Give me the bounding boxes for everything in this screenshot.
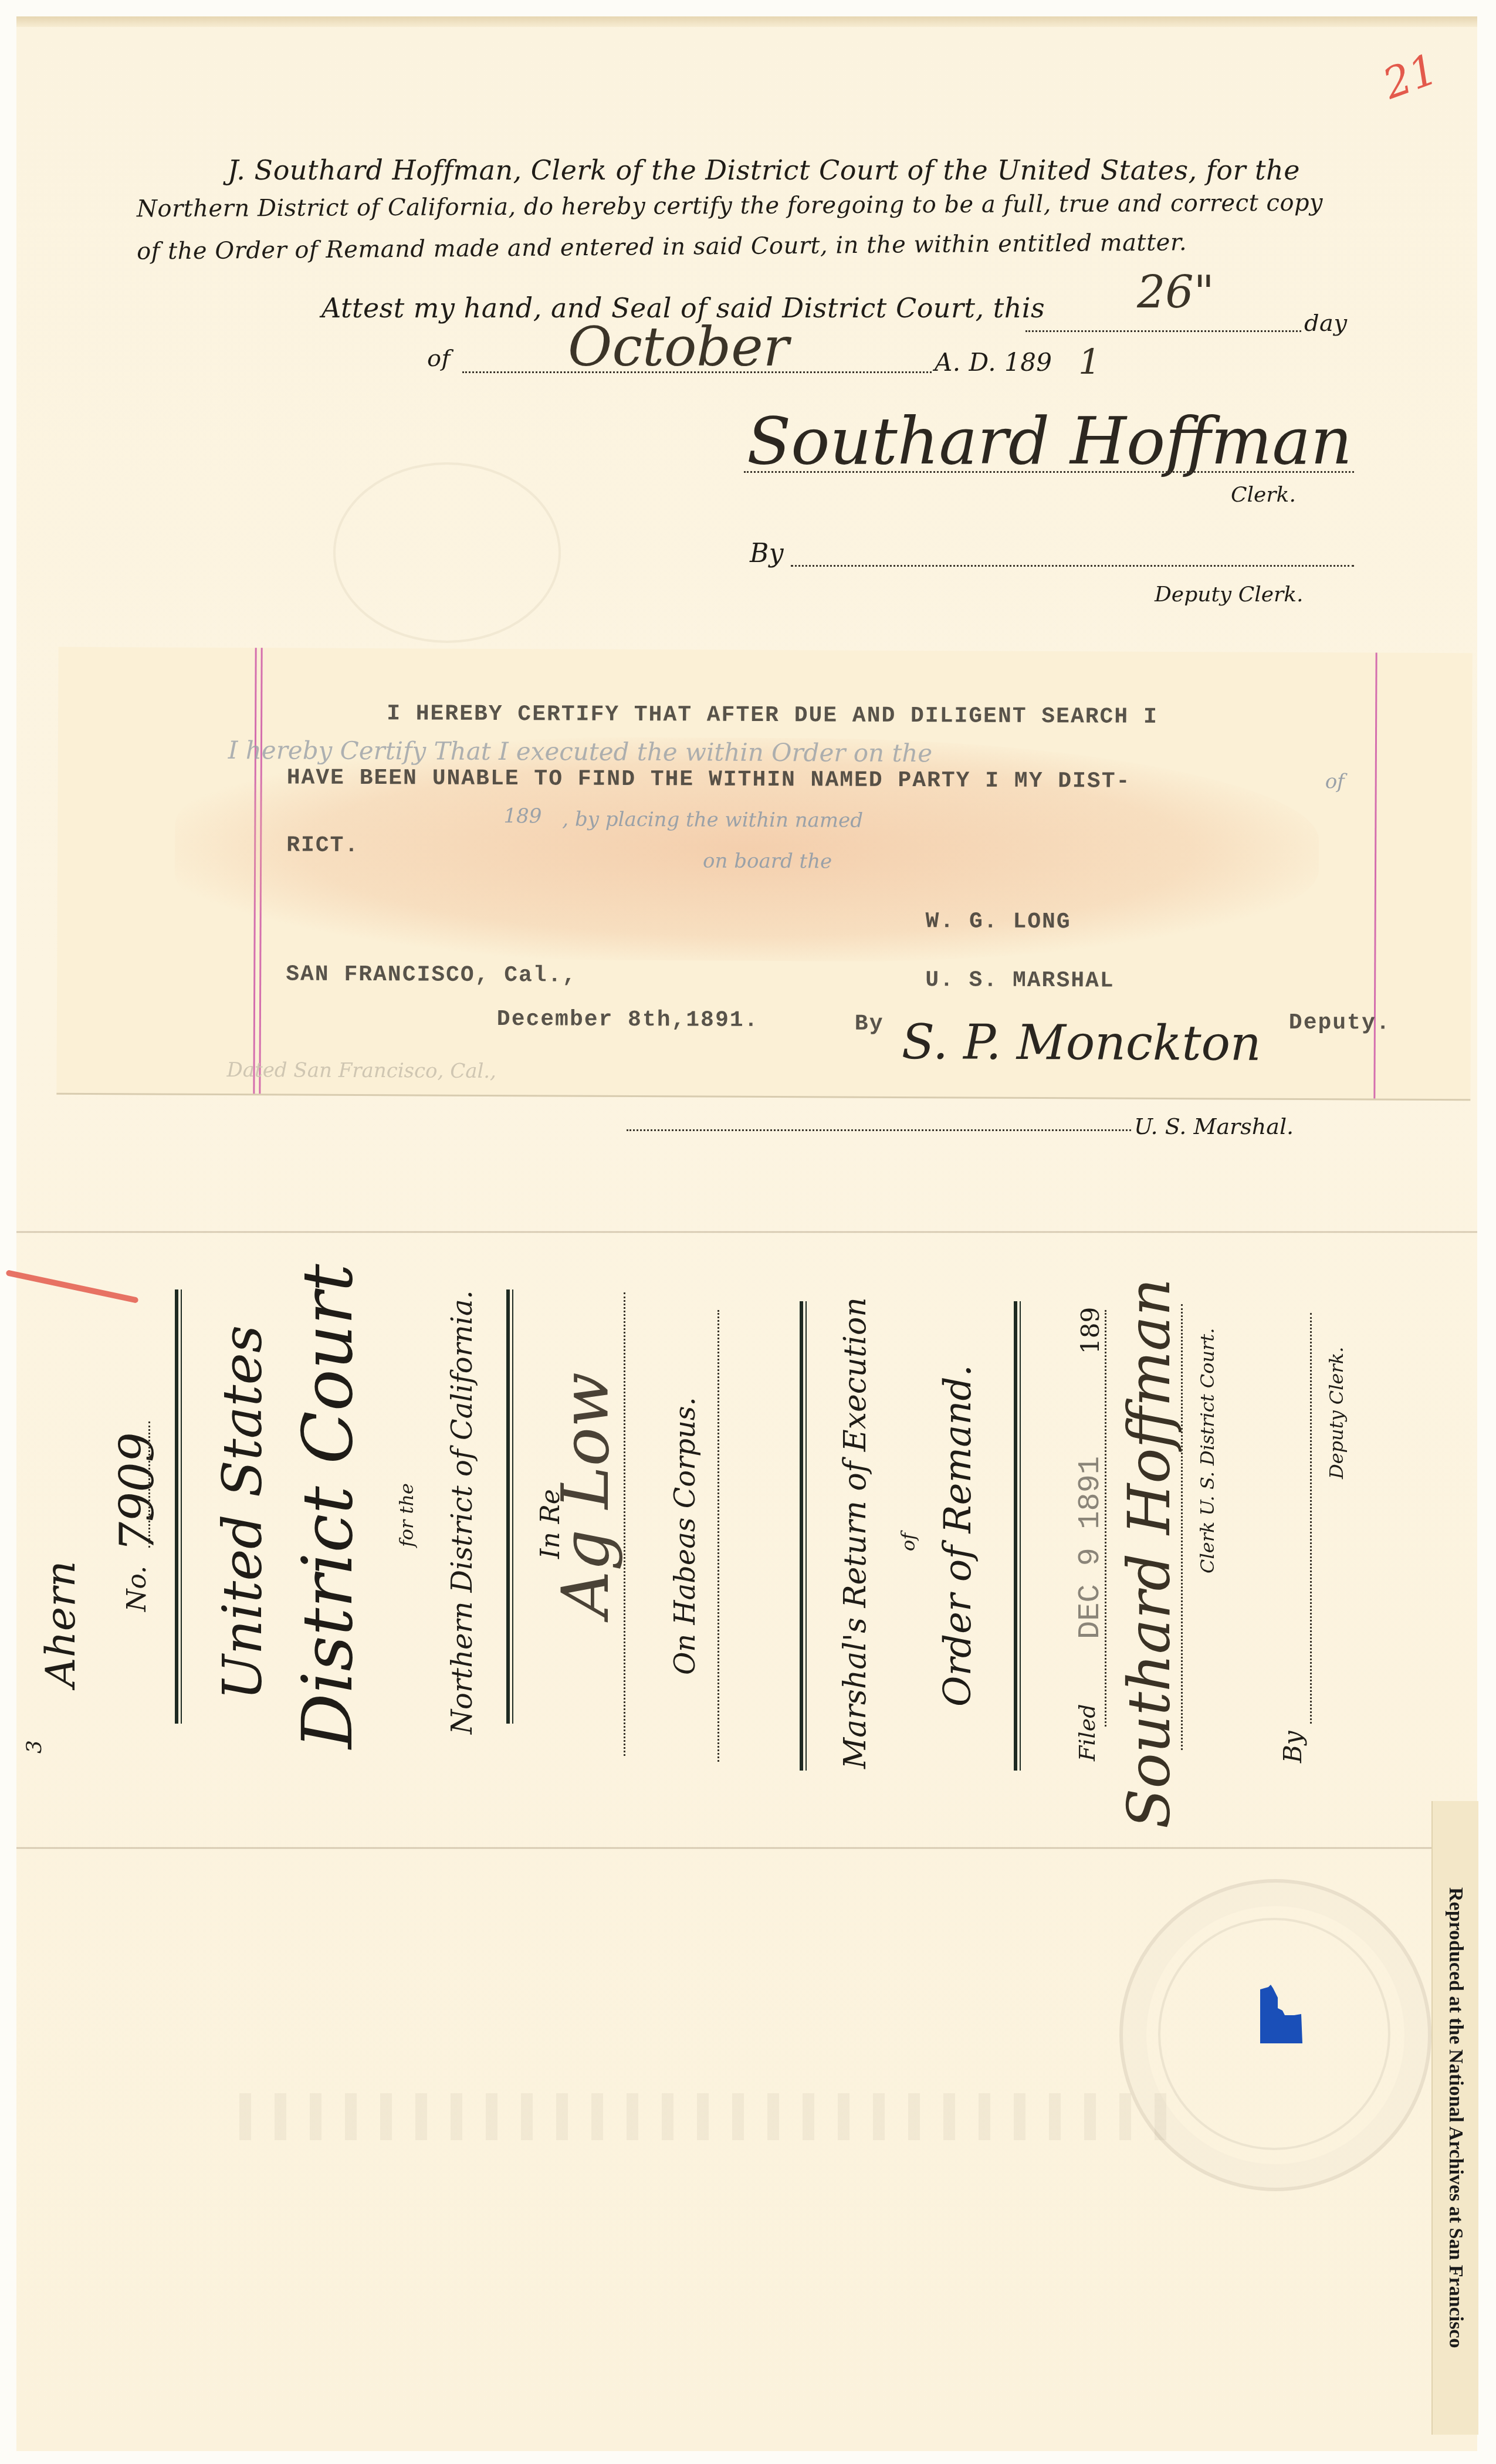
day-label: day — [1304, 310, 1348, 337]
us-marshal-line — [627, 1129, 1131, 1131]
typed-line-2: HAVE BEEN UNABLE TO FIND THE WITHIN NAME… — [287, 765, 1131, 794]
party-name: Ag Low — [544, 1348, 627, 1641]
back-by-label: By — [1278, 1724, 1307, 1771]
place: SAN FRANCISCO, Cal., — [286, 962, 577, 988]
faint-form-year: 189 — [503, 804, 541, 828]
red-pencil-stroke — [5, 1270, 138, 1304]
filed-signature: Southard Hoffman — [1108, 1372, 1190, 1735]
faint-place: Dated San Francisco, Cal., — [226, 1058, 496, 1083]
filed-stamp: DEC 9 1891 — [1072, 1460, 1108, 1636]
docket-back-panel: 3 Ahern No. 7909 United States District … — [16, 1278, 1477, 1853]
case-number-label: No. — [119, 1565, 154, 1612]
slip-by-label: By — [855, 1011, 884, 1037]
party-line-2 — [717, 1310, 719, 1762]
for-the-label: for the — [392, 1477, 421, 1553]
day-field-line — [1025, 330, 1301, 332]
marshal-title: U. S. MARSHAL — [925, 967, 1115, 993]
faint-form-of: of — [1325, 770, 1345, 793]
district-label: Northern District of California. — [442, 1289, 483, 1735]
typed-line-1: I HEREBY CERTIFY THAT AFTER DUE AND DILI… — [387, 701, 1158, 730]
rule-3 — [800, 1301, 803, 1771]
deputy-label: Deputy. — [1289, 1010, 1391, 1036]
rule-4 — [1014, 1301, 1017, 1771]
certificate-line-3: of the Order of Remand made and entered … — [137, 229, 1187, 265]
typed-line-3: RICT. — [286, 832, 359, 858]
marshal-return-slip: I HEREBY CERTIFY THAT AFTER DUE AND DILI… — [56, 647, 1472, 1101]
page-top-edge — [16, 16, 1477, 27]
faint-form-line-2: , by placing the within named — [562, 807, 863, 832]
certificate-line-1: J. Southard Hoffman, Clerk of the Distri… — [228, 154, 1300, 186]
bleed-through-text — [239, 2093, 1178, 2140]
clerk-court-line — [1181, 1304, 1183, 1750]
back-deputy-line — [1310, 1313, 1312, 1724]
clerk-signature: Southard Hoffman — [747, 404, 1352, 479]
case-number-value: 7909 — [104, 1419, 169, 1565]
party-line-1 — [624, 1292, 625, 1756]
rule-2 — [506, 1289, 510, 1724]
rule-1 — [175, 1289, 178, 1724]
filed-label: Filed — [1072, 1700, 1102, 1765]
clerk-label: Clerk. — [1231, 483, 1296, 507]
month-value: October — [568, 316, 789, 378]
of-label: of — [427, 345, 451, 372]
doc-title-of: of — [896, 1524, 920, 1559]
deputy-clerk-line — [791, 565, 1354, 567]
case-number-line — [148, 1421, 150, 1548]
doc-title-2: Order of Remand. — [932, 1348, 984, 1724]
slip-date: December 8th,1891. — [497, 1007, 759, 1033]
doc-title-1: Marshal's Return of Execution — [832, 1301, 879, 1765]
archive-stamp: Reproduced at the National Archives at S… — [1433, 1801, 1478, 2435]
margin-note: Ahern — [28, 1559, 93, 1688]
corner-mark: 21 — [1376, 44, 1444, 109]
year-value: 1 — [1078, 342, 1101, 383]
by-label: By — [750, 539, 784, 568]
blue-paper-tab — [1260, 1985, 1313, 2043]
back-deputy-clerk-label: Deputy Clerk. — [1322, 1342, 1351, 1483]
us-marshal-label: U. S. Marshal. — [1134, 1113, 1294, 1139]
deputy-clerk-label: Deputy Clerk. — [1155, 583, 1303, 607]
certificate-line-2: Northern District of California, do here… — [137, 189, 1323, 223]
year-prefix: A. D. 189 — [935, 348, 1052, 377]
margin-mark: 3 — [22, 1724, 46, 1771]
court-line-1: United States — [210, 1331, 275, 1694]
document-page: 21 J. Southard Hoffman, Clerk of the Dis… — [16, 16, 1477, 2451]
faint-form-line-1: I hereby Certify That I executed the wit… — [228, 736, 933, 767]
court-line-2: District Court — [283, 1289, 371, 1724]
day-value: 26" — [1137, 266, 1214, 318]
clerk-signature-line — [744, 471, 1354, 473]
case-type: On Habeas Corpus. — [665, 1372, 706, 1700]
fold-line-1 — [16, 1231, 1477, 1233]
embossed-seal-ghost — [333, 462, 561, 643]
archive-label-strip: Reproduced at the National Archives at S… — [1431, 1801, 1478, 2435]
faint-form-line-3: on board the — [703, 849, 832, 874]
filed-year-prefix: 189 — [1072, 1301, 1108, 1360]
clerk-court-label: Clerk U. S. District Court. — [1193, 1325, 1222, 1577]
marshal-name: W. G. LONG — [926, 909, 1071, 935]
deputy-signature: S. P. Monckton — [902, 1014, 1261, 1072]
